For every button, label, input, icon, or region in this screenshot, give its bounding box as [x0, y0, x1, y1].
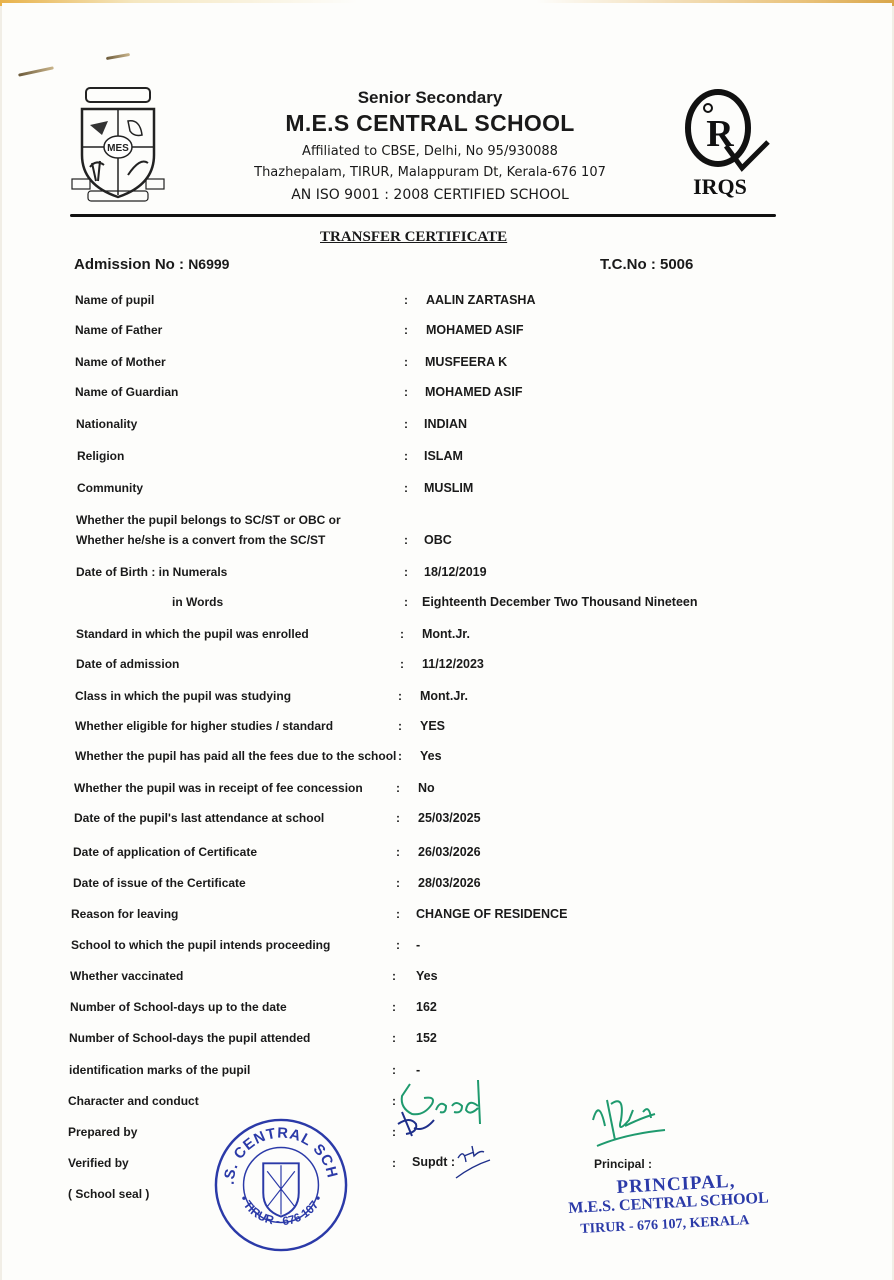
field-value: MOHAMED ASIF — [426, 323, 523, 337]
field-colon: : — [404, 323, 408, 337]
svg-text:IRQS: IRQS — [693, 174, 747, 199]
header-divider — [70, 214, 776, 217]
field-colon: : — [404, 417, 408, 431]
document-title: TRANSFER CERTIFICATE — [320, 229, 507, 246]
field-colon: : — [392, 1156, 396, 1170]
field-label: Standard in which the pupil was enrolled — [76, 627, 309, 641]
school-seal-stamp: M.E.S. CENTRAL SCHOOL • TIRUR - 676 107 … — [212, 1116, 350, 1254]
field-value: 25/03/2025 — [418, 811, 481, 825]
field-colon: : — [392, 969, 396, 983]
field-row-dob-numerals: Date of Birth : in Numerals:18/12/2019 — [0, 565, 890, 585]
supdt-signature — [454, 1142, 494, 1182]
field-row-issue-date: Date of issue of the Certificate:28/03/2… — [0, 876, 890, 896]
field-row-mother-name: Name of Mother:MUSFEERA K — [0, 355, 890, 375]
school-subtitle: Senior Secondary — [240, 88, 620, 108]
school-certification: AN ISO 9001 : 2008 CERTIFIED SCHOOL — [240, 187, 620, 203]
field-row-application-date: Date of application of Certificate:26/03… — [0, 845, 890, 865]
supdt-label: Supdt : — [412, 1155, 455, 1169]
field-label: Date of application of Certificate — [73, 845, 257, 859]
field-row-admission-date: Date of admission:11/12/2023 — [0, 657, 890, 677]
field-row-pupil-name: Name of pupil:AALIN ZARTASHA — [0, 293, 890, 313]
field-value: INDIAN — [424, 417, 467, 431]
field-row-father-name: Name of Father:MOHAMED ASIF — [0, 323, 890, 343]
field-row-reason-leaving: Reason for leaving:CHANGE OF RESIDENCE — [0, 907, 890, 927]
field-row-fees-paid: Whether the pupil has paid all the fees … — [0, 749, 890, 769]
field-colon: : — [398, 719, 402, 733]
field-label: Whether vaccinated — [70, 969, 183, 983]
field-row-dob-words: in Words:Eighteenth December Two Thousan… — [0, 595, 890, 615]
admission-value: N6999 — [188, 256, 229, 272]
field-row-school-days-attended: Number of School-days the pupil attended… — [0, 1031, 890, 1051]
field-label: Name of Mother — [75, 355, 166, 369]
svg-text:M.E.S. CENTRAL SCHOOL: M.E.S. CENTRAL SCHOOL — [212, 1116, 340, 1185]
school-address: Thazhepalam, TIRUR, Malappuram Dt, Keral… — [240, 165, 620, 180]
field-row-nationality: Nationality:INDIAN — [0, 417, 890, 437]
admission-label: Admission No : — [74, 256, 184, 273]
school-crest-icon: MES — [68, 85, 168, 203]
field-row-next-school: School to which the pupil intends procee… — [0, 938, 890, 958]
field-row-religion: Religion:ISLAM — [0, 449, 890, 469]
field-value: Mont.Jr. — [420, 689, 468, 703]
field-colon: : — [404, 533, 408, 547]
field-colon: : — [400, 657, 404, 671]
field-colon: : — [404, 595, 408, 609]
principal-label: Principal : — [594, 1157, 652, 1171]
prepared-by-signature — [396, 1106, 436, 1142]
field-label: Character and conduct — [68, 1094, 199, 1108]
field-label: Whether the pupil belongs to SC/ST or OB… — [76, 513, 341, 527]
field-value: - — [416, 1063, 420, 1077]
field-row-class-studying: Class in which the pupil was studying:Mo… — [0, 689, 890, 709]
irqs-logo-icon: R IRQS — [676, 84, 772, 202]
field-colon: : — [392, 1063, 396, 1077]
field-label: School to which the pupil intends procee… — [71, 938, 330, 952]
field-colon: : — [404, 481, 408, 495]
field-colon: : — [396, 876, 400, 890]
field-label: Number of School-days the pupil attended — [69, 1031, 310, 1045]
field-row-vaccinated: Whether vaccinated:Yes — [0, 969, 890, 989]
field-label: identification marks of the pupil — [69, 1063, 250, 1077]
field-label: Community — [77, 481, 143, 495]
field-colon: : — [392, 1000, 396, 1014]
field-row-eligible-higher-studies: Whether eligible for higher studies / st… — [0, 719, 890, 739]
field-label: Whether the pupil has paid all the fees … — [75, 749, 396, 763]
field-label: Whether the pupil was in receipt of fee … — [74, 781, 363, 795]
field-value: MUSLIM — [424, 481, 473, 495]
field-value: 28/03/2026 — [418, 876, 481, 890]
field-colon: : — [392, 1031, 396, 1045]
field-colon: : — [404, 449, 408, 463]
field-value: 152 — [416, 1031, 437, 1045]
field-label-continued: Whether he/she is a convert from the SC/… — [76, 533, 325, 547]
field-colon: : — [398, 749, 402, 763]
field-label: Name of pupil — [75, 293, 154, 307]
field-value: ISLAM — [424, 449, 463, 463]
field-row-last-attendance: Date of the pupil's last attendance at s… — [0, 811, 890, 831]
svg-text:MES: MES — [107, 143, 129, 154]
field-colon: : — [404, 293, 408, 307]
tc-label: T.C.No : — [600, 256, 656, 273]
field-row-standard-enrolled: Standard in which the pupil was enrolled… — [0, 627, 890, 647]
field-value: MOHAMED ASIF — [425, 385, 522, 399]
field-label: Class in which the pupil was studying — [75, 689, 291, 703]
field-row-community: Community:MUSLIM — [0, 481, 890, 501]
field-value: OBC — [424, 533, 452, 547]
field-value: No — [418, 781, 435, 795]
field-colon: : — [404, 385, 408, 399]
field-label: Name of Father — [75, 323, 162, 337]
field-colon: : — [396, 938, 400, 952]
tc-value: 5006 — [660, 256, 693, 273]
field-label: Date of the pupil's last attendance at s… — [74, 811, 324, 825]
field-value: 26/03/2026 — [418, 845, 481, 859]
field-label: Nationality — [76, 417, 137, 431]
field-value: 18/12/2019 — [424, 565, 487, 579]
field-value: Yes — [420, 749, 442, 763]
admission-number: Admission No : N6999 — [74, 256, 229, 273]
field-value: CHANGE OF RESIDENCE — [416, 907, 567, 921]
field-value: 11/12/2023 — [422, 657, 484, 671]
field-colon: : — [396, 811, 400, 825]
field-value: - — [416, 938, 420, 952]
school-affiliation: Affiliated to CBSE, Delhi, No 95/930088 — [240, 144, 620, 159]
tc-number: T.C.No : 5006 — [600, 256, 693, 273]
field-label: Date of admission — [76, 657, 179, 671]
field-value: Eighteenth December Two Thousand Ninetee… — [422, 595, 698, 609]
field-colon: : — [398, 689, 402, 703]
field-colon: : — [404, 355, 408, 369]
field-value: YES — [420, 719, 445, 733]
field-colon: : — [396, 845, 400, 859]
field-label: ( School seal ) — [68, 1187, 149, 1201]
field-label: Whether eligible for higher studies / st… — [75, 719, 333, 733]
field-label: Prepared by — [68, 1125, 137, 1139]
field-value: MUSFEERA K — [425, 355, 507, 369]
field-label: Date of Birth : in Numerals — [76, 565, 227, 579]
field-colon: : — [396, 781, 400, 795]
field-label: Name of Guardian — [75, 385, 178, 399]
field-label: in Words — [172, 595, 223, 609]
field-row-school-days-total: Number of School-days up to the date:162 — [0, 1000, 890, 1020]
field-value: Mont.Jr. — [422, 627, 470, 641]
field-row-fee-concession: Whether the pupil was in receipt of fee … — [0, 781, 890, 801]
school-name: M.E.S CENTRAL SCHOOL — [240, 110, 620, 137]
field-label: Number of School-days up to the date — [70, 1000, 287, 1014]
field-label: Religion — [77, 449, 124, 463]
field-row-sc-st-obc: Whether the pupil belongs to SC/ST or OB… — [0, 513, 890, 533]
field-row-guardian-name: Name of Guardian:MOHAMED ASIF — [0, 385, 890, 405]
field-colon: : — [400, 627, 404, 641]
field-label: Verified by — [68, 1156, 129, 1170]
field-value: 162 — [416, 1000, 437, 1014]
field-colon: : — [396, 907, 400, 921]
field-label: Reason for leaving — [71, 907, 178, 921]
field-label: Date of issue of the Certificate — [73, 876, 246, 890]
field-value: AALIN ZARTASHA — [426, 293, 535, 307]
field-colon: : — [404, 565, 408, 579]
principal-signature — [585, 1090, 675, 1160]
field-value: Yes — [416, 969, 438, 983]
